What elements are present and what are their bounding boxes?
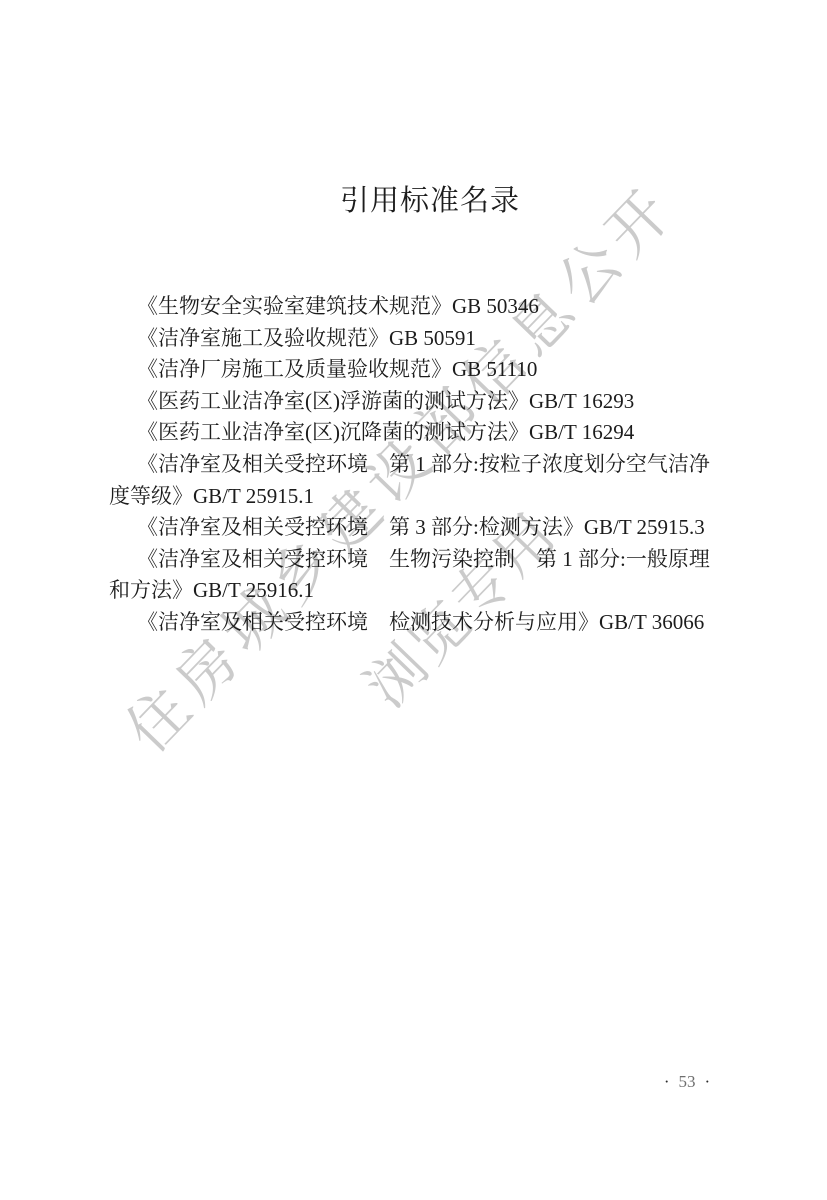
reference-line-continuation: 度等级》GB/T 25915.1 — [109, 481, 769, 513]
page-number-dot-right: · — [705, 1072, 711, 1091]
reference-line: 《生物安全实验室建筑技术规范》GB 50346 — [109, 291, 769, 323]
reference-line: 《医药工业洁净室(区)浮游菌的测试方法》GB/T 16293 — [109, 386, 769, 418]
document-page: 住房城乡建设部信息公开 浏览专用 引用标准名录 《生物安全实验室建筑技术规范》G… — [0, 0, 827, 1200]
reference-line: 《洁净厂房施工及质量验收规范》GB 51110 — [109, 354, 769, 386]
reference-line: 《洁净室及相关受控环境 生物污染控制 第 1 部分:一般原理 — [109, 544, 769, 576]
reference-line: 《洁净室及相关受控环境 检测技术分析与应用》GB/T 36066 — [109, 607, 769, 639]
reference-line: 《洁净室及相关受控环境 第 3 部分:检测方法》GB/T 25915.3 — [109, 512, 769, 544]
reference-line-continuation: 和方法》GB/T 25916.1 — [109, 575, 769, 607]
referenced-standards-list: 《生物安全实验室建筑技术规范》GB 50346 《洁净室施工及验收规范》GB 5… — [109, 291, 769, 639]
reference-line: 《洁净室及相关受控环境 第 1 部分:按粒子浓度划分空气洁净 — [109, 449, 769, 481]
page-number: ·53· — [630, 1071, 744, 1093]
page-number-value: 53 — [679, 1071, 696, 1093]
reference-line: 《医药工业洁净室(区)沉降菌的测试方法》GB/T 16294 — [109, 417, 769, 449]
page-title: 引用标准名录 — [0, 183, 827, 219]
reference-line: 《洁净室施工及验收规范》GB 50591 — [109, 323, 769, 355]
page-number-dot-left: · — [664, 1072, 670, 1091]
